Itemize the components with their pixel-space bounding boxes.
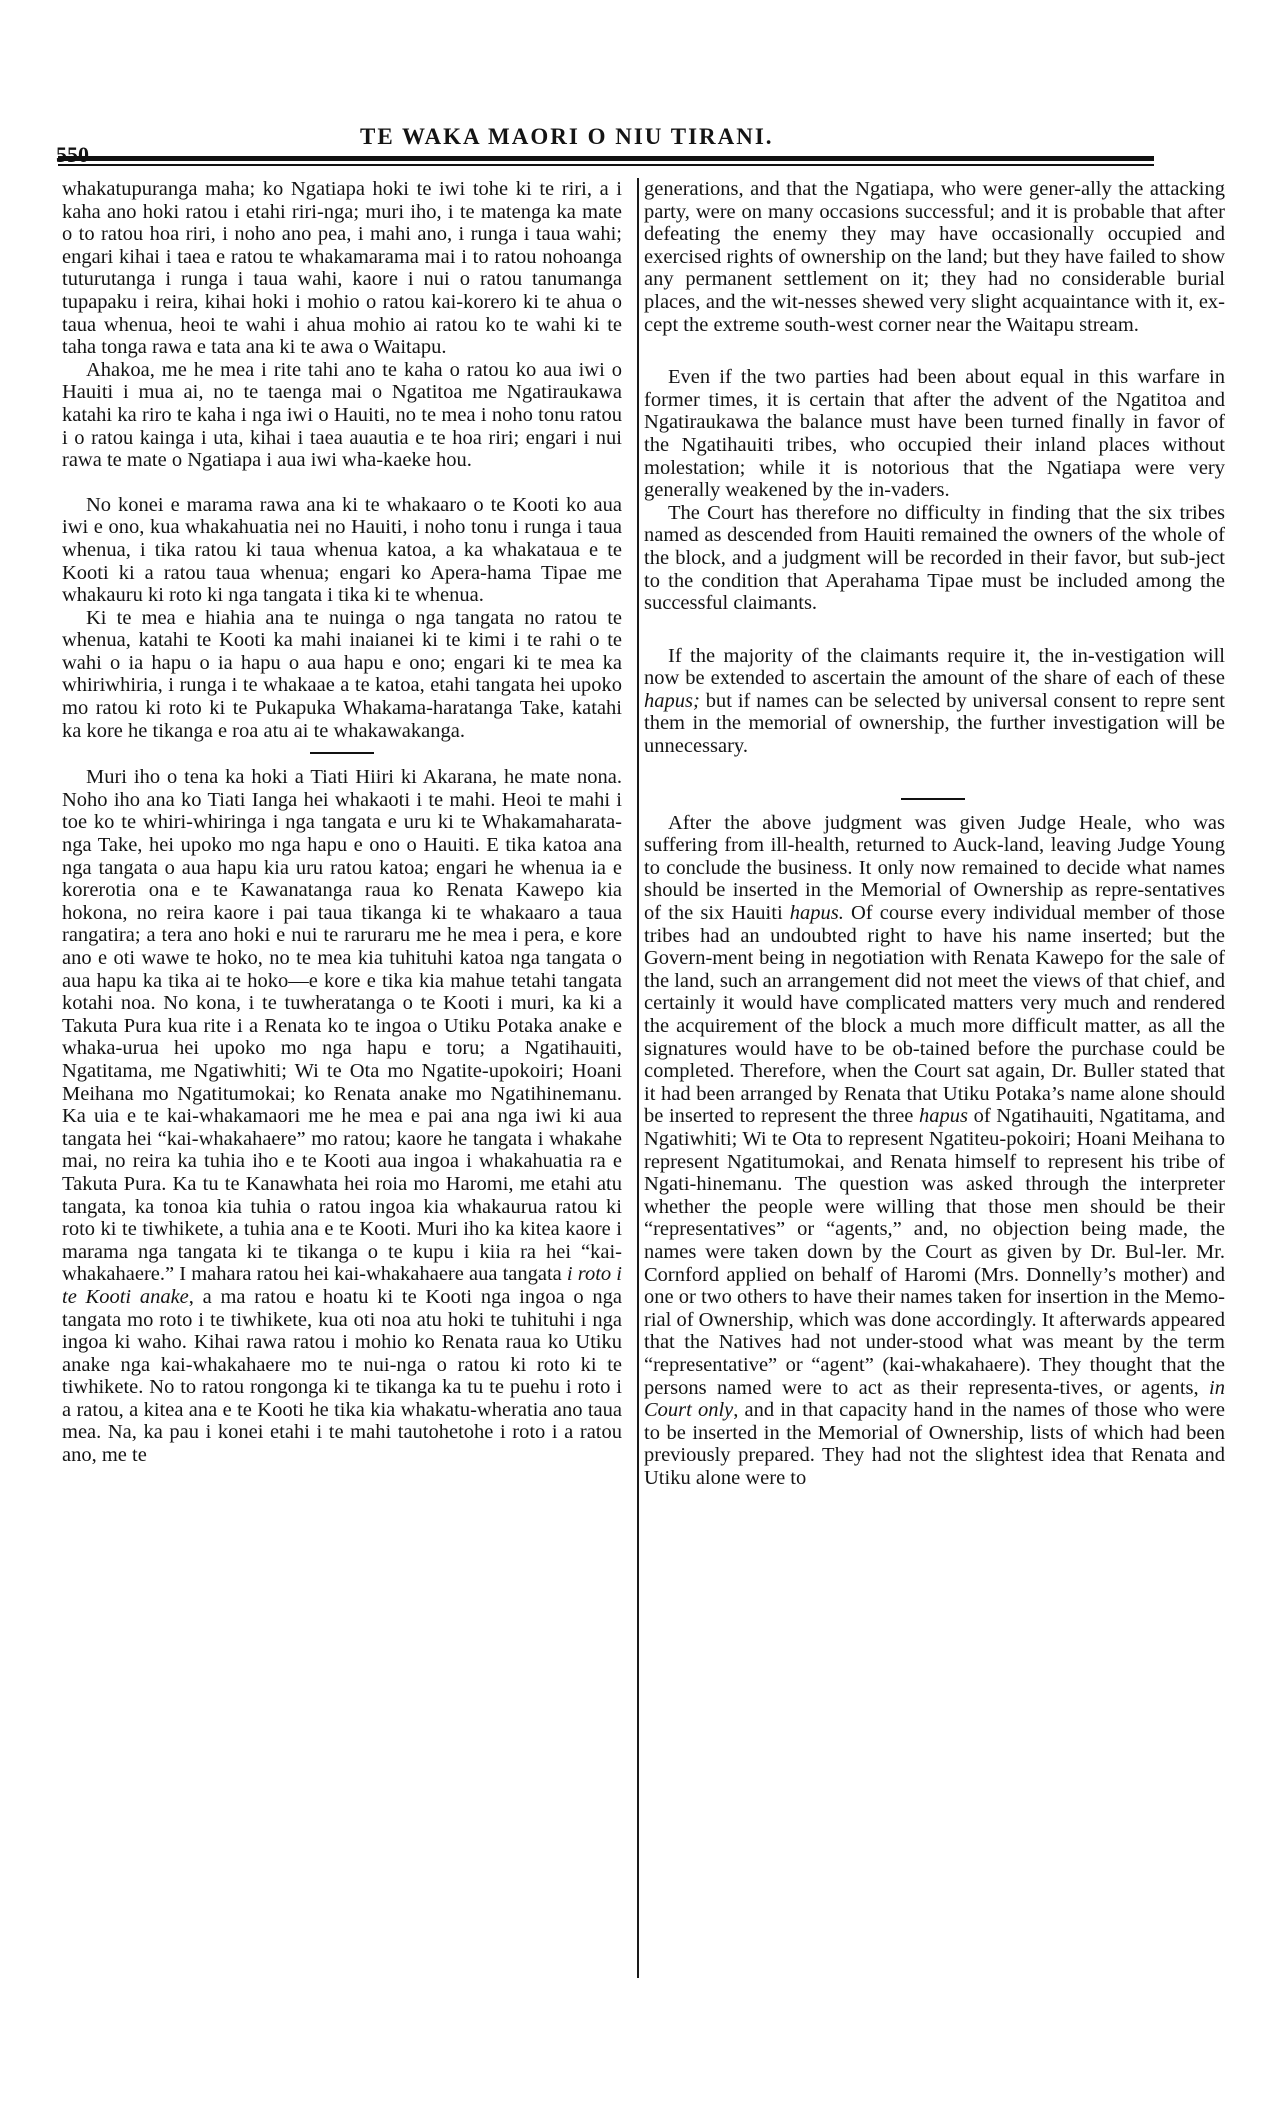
right-paragraph-1: generations, and that the Ngatiapa, who … [640, 178, 1225, 336]
text-run: Muri iho o tena ka hoki a Tiati Hiiri ki… [62, 766, 622, 1285]
text-run: , a ma ratou e hoatu ki te Kooti nga ing… [62, 1286, 622, 1466]
italic-text-run: hapus; [644, 690, 700, 712]
newspaper-page: 550 TE WAKA MAORI O NIU TIRANI. whakatup… [0, 0, 1280, 2108]
italic-text-run: hapus. [790, 902, 844, 924]
text-run: of Ngatihauiti, Ngatitama, and Ngatiwhit… [644, 1105, 1225, 1398]
right-column-english: generations, and that the Ngatiapa, who … [640, 178, 1225, 1489]
paragraph-gap [640, 336, 1225, 366]
left-paragraph-5: Muri iho o tena ka hoki a Tiati Hiiri ki… [62, 766, 622, 1466]
paragraph-gap [62, 472, 622, 494]
left-paragraph-4: Ki te mea e hiahia ana te nuinga o nga t… [62, 607, 622, 743]
text-run: but if names can be selected by universa… [644, 690, 1225, 757]
right-paragraph-2: Even if the two parties had been about e… [640, 366, 1225, 502]
running-title: TE WAKA MAORI O NIU TIRANI. [360, 124, 774, 150]
paragraph-gap [640, 615, 1225, 645]
left-paragraph-2: Ahakoa, me he mea i rite tahi ano te kah… [62, 359, 622, 472]
right-paragraph-4: If the majority of the claimants require… [640, 645, 1225, 758]
text-run: Of course every individual member of tho… [644, 902, 1225, 1127]
header-rule-thin [58, 164, 1154, 166]
italic-text-run: hapus [919, 1105, 968, 1127]
left-paragraph-3: No konei e marama rawa ana ki te whakaar… [62, 494, 622, 607]
section-separator-rule [310, 752, 374, 754]
left-column-maori: whakatupuranga maha; ko Ngatiapa hoki te… [62, 178, 622, 1467]
left-paragraph-1: whakatupuranga maha; ko Ngatiapa hoki te… [62, 178, 622, 359]
right-paragraph-5: After the above judgment was given Judge… [640, 812, 1225, 1490]
paragraph-gap [640, 758, 1225, 788]
section-separator-rule [901, 798, 965, 800]
header-rule-thick [58, 156, 1154, 161]
text-run: If the majority of the claimants require… [644, 645, 1225, 690]
column-divider [637, 178, 639, 1978]
right-paragraph-3: The Court has therefore no difficulty in… [640, 502, 1225, 615]
